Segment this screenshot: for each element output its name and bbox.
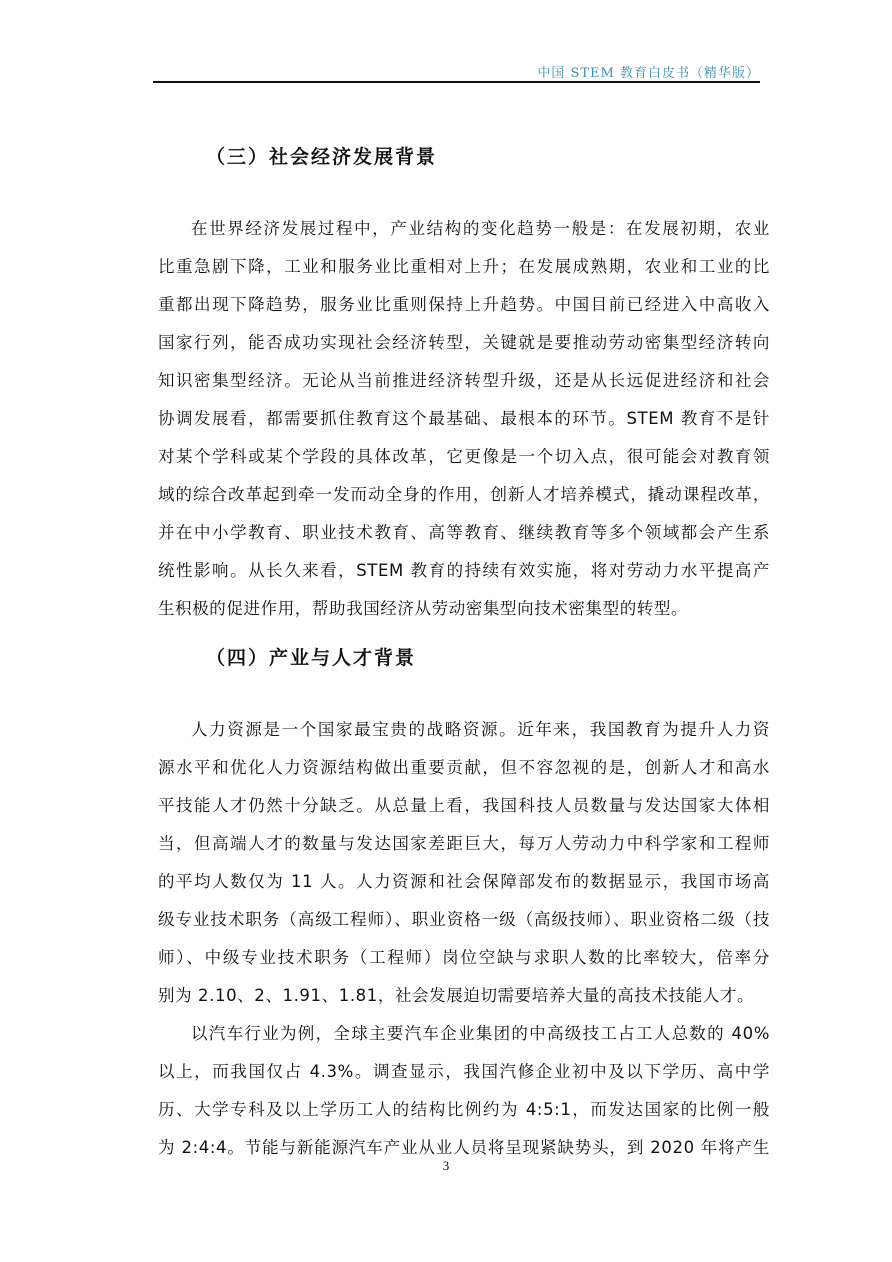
text-line: 重都出现下降趋势，服务业比重则保持上升趋势。中国目前已经进入中高收入 (158, 291, 770, 315)
text-line: 统性影响。从长久来看，STEM 教育的持续有效实施，将对劳动力水平提高产 (158, 557, 770, 581)
text-line: 知识密集型经济。无论从当前推进经济转型升级，还是从长远促进经济和社会 (158, 367, 770, 391)
text-line: 源水平和优化人力资源结构做出重要贡献，但不容忽视的是，创新人才和高水 (158, 754, 770, 778)
document-page: 中国 STEM 教育白皮书（精华版） （三）社会经济发展背景 在世界经济发展过程… (0, 0, 892, 1262)
text-line: 别为 2.10、2、1.91、1.81，社会发展迫切需要培养大量的高技术技能人才… (158, 982, 770, 1006)
page-number: 3 (0, 1158, 892, 1174)
text-line: 当，但高端人才的数量与发达国家差距巨大，每万人劳动力中科学家和工程师 (158, 830, 770, 854)
section-heading-4: （四）产业与人才背景 (206, 643, 416, 670)
text-line: 在世界经济发展过程中，产业结构的变化趋势一般是：在发展初期，农业 (191, 215, 770, 239)
section-heading-3: （三）社会经济发展背景 (206, 142, 437, 169)
text-line: 以上，而我国仅占 4.3%。调查显示，我国汽修企业初中及以下学历、高中学 (158, 1058, 770, 1082)
text-line: 域的综合改革起到牵一发而动全身的作用，创新人才培养模式，撬动课程改革， (158, 481, 770, 505)
text-line: 历、大学专科及以上学历工人的结构比例约为 4:5:1，而发达国家的比例一般 (158, 1096, 770, 1120)
text-line: 并在中小学教育、职业技术教育、高等教育、继续教育等多个领域都会产生系 (158, 519, 770, 543)
text-line: 国家行列，能否成功实现社会经济转型，关键就是要推动劳动密集型经济转向 (158, 329, 770, 353)
text-line: 以汽车行业为例，全球主要汽车企业集团的中高级技工占工人总数的 40% (191, 1020, 770, 1044)
header-rule (153, 81, 760, 83)
text-line: 协调发展看，都需要抓住教育这个最基础、最根本的环节。STEM 教育不是针 (158, 405, 770, 429)
text-line: 级专业技术职务（高级工程师）、职业资格一级（高级技师）、职业资格二级（技 (158, 906, 770, 930)
running-header: 中国 STEM 教育白皮书（精华版） (153, 62, 760, 81)
text-line: 生积极的促进作用，帮助我国经济从劳动密集型向技术密集型的转型。 (158, 595, 770, 619)
text-line: 对某个学科或某个学段的具体改革，它更像是一个切入点，很可能会对教育领 (158, 443, 770, 467)
text-line: 为 2:4:4。节能与新能源汽车产业从业人员将呈现紧缺势头，到 2020 年将产… (158, 1134, 770, 1158)
text-line: 比重急剧下降，工业和服务业比重相对上升；在发展成熟期，农业和工业的比 (158, 253, 770, 277)
text-line: 平技能人才仍然十分缺乏。从总量上看，我国科技人员数量与发达国家大体相 (158, 792, 770, 816)
text-line: 师）、中级专业技术职务（工程师）岗位空缺与求职人数的比率较大，倍率分 (158, 944, 770, 968)
text-line: 的平均人数仅为 11 人。人力资源和社会保障部发布的数据显示，我国市场高 (158, 868, 770, 892)
text-line: 人力资源是一个国家最宝贵的战略资源。近年来，我国教育为提升人力资 (191, 716, 770, 740)
